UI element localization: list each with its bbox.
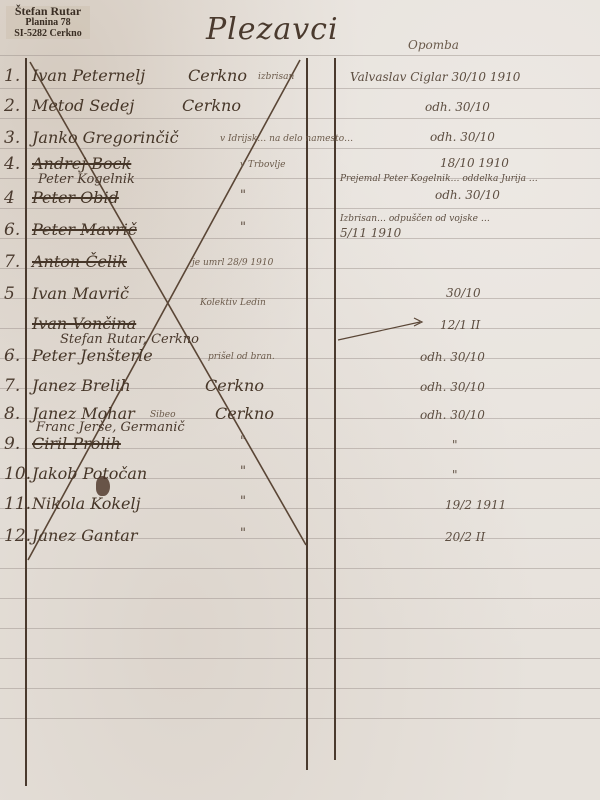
document-page: Štefan Rutar Planina 78 SI-5282 Cerkno P… (0, 0, 600, 800)
ditto-mark: " (240, 494, 246, 509)
entry-name: Andrej Bock (32, 154, 131, 173)
entry-note: Sibeo (150, 410, 176, 420)
entry-place: Cerkno (205, 376, 264, 395)
list-item: 6. Peter Mavrič " Izbrisan… odpuščen od … (0, 220, 600, 248)
ditto-mark: " (240, 434, 246, 449)
list-item: 1. Ivan Peternelj Cerkno izbrisan Valvas… (0, 66, 600, 94)
entry-name: Metod Sedej (32, 96, 134, 115)
entry-number: 10. (4, 464, 24, 484)
entry-place: Cerkno (182, 96, 241, 115)
entry-remark: 20/2 II (445, 530, 485, 544)
entry-number: 11. (4, 494, 24, 514)
entry-number: 6. (4, 220, 24, 240)
entry-number: 4 (4, 188, 24, 208)
entry-number: 6. (4, 346, 24, 366)
entry-name: Peter Jenšterle (32, 346, 153, 365)
entry-remark: 18/10 1910 (440, 156, 509, 170)
entry-number: 1. (4, 66, 24, 86)
entry-note: je umrl 28/9 1910 (192, 258, 273, 268)
entry-number: 3. (4, 128, 24, 148)
entry-remark: odh. 30/10 (420, 350, 485, 364)
list-item: 5 Ivan Mavrič Kolektiv Ledin 30/10 (0, 284, 600, 312)
list-item: 7. Janez Brelih Cerkno odh. 30/10 (0, 376, 600, 404)
entry-remark: Valvaslav Ciglar 30/10 1910 (350, 70, 520, 84)
list-item: 9. Ciril Prolih " " (0, 434, 600, 462)
entry-number: 7. (4, 376, 24, 396)
entry-remark: 12/1 II (440, 318, 480, 332)
ditto-mark: " (240, 526, 246, 541)
entry-note: v Idrijsk… na delo namesto… (220, 134, 353, 144)
entry-replacement-name: Stefan Rutar, Cerkno (60, 332, 199, 347)
entry-name: Ivan Vončina (32, 314, 136, 333)
entry-number: 12. (4, 526, 24, 546)
list-item: 6. Peter Jenšterle prišel od bran. odh. … (0, 346, 600, 374)
entry-remark: 5/11 1910 (340, 226, 401, 240)
entry-name: Peter Obid (32, 188, 119, 207)
ditto-mark: " (240, 188, 246, 203)
entry-remark: odh. 30/10 (420, 380, 485, 394)
entry-name: Janko Gregorinčič (32, 128, 179, 147)
entry-remark: odh. 30/10 (435, 188, 500, 202)
entry-remark: odh. 30/10 (420, 408, 485, 422)
entry-name: Ciril Prolih (32, 434, 121, 453)
entry-replacement-name: Peter Kogelnik (38, 172, 135, 187)
entry-remark: " (452, 438, 458, 452)
entry-number: 4. (4, 154, 24, 174)
entry-number: 7. (4, 252, 24, 272)
ditto-mark: " (240, 464, 246, 479)
entry-name: Jakob Potočan (32, 464, 147, 483)
entry-number: 9. (4, 434, 24, 454)
list-item: 11. Nikola Kokelj " 19/2 1911 (0, 494, 600, 522)
entry-note: izbrisan (258, 72, 294, 82)
entry-remark-note: Izbrisan… odpuščen od vojske … (340, 214, 490, 224)
list-item: 7. Anton Čelik je umrl 28/9 1910 (0, 252, 600, 280)
entry-remark: " (452, 468, 458, 482)
entry-remark-note: Prejemal Peter Kogelnik… oddelka Jurija … (340, 174, 538, 184)
entry-name: Anton Čelik (32, 252, 127, 271)
entry-number: 2. (4, 96, 24, 116)
list-item: 12. Janez Gantar " 20/2 II (0, 526, 600, 554)
list-item: 3. Janko Gregorinčič v Idrijsk… na delo … (0, 128, 600, 156)
list-item: 2. Metod Sedej Cerkno odh. 30/10 (0, 96, 600, 124)
entry-name: Nikola Kokelj (32, 494, 141, 513)
entry-place: Cerkno (188, 66, 247, 85)
entry-remark: 19/2 1911 (445, 498, 506, 512)
entry-name: Janez Brelih (32, 376, 131, 395)
entry-number: 5 (4, 284, 24, 304)
ditto-mark: " (240, 220, 246, 235)
entry-name: Janez Gantar (32, 526, 137, 545)
ink-blot (96, 476, 110, 496)
entry-remark: odh. 30/10 (430, 130, 495, 144)
entry-replacement-name: Franc Jerše, Germanič (36, 420, 185, 435)
list-item: 10. Jakob Potočan " " (0, 464, 600, 492)
entry-place: Cerkno (215, 404, 274, 423)
entry-number: 8. (4, 404, 24, 424)
entry-name: Ivan Mavrič (32, 284, 129, 303)
entry-note: Kolektiv Ledin (200, 298, 266, 308)
list-item: 4 Peter Obid " Prejemal Peter Kogelnik… … (0, 188, 600, 216)
entry-remark: odh. 30/10 (425, 100, 490, 114)
entry-note: v Trbovlje (240, 160, 286, 170)
entry-remark: 30/10 (446, 286, 481, 300)
entry-note: prišel od bran. (208, 352, 275, 362)
entry-name: Ivan Peternelj (32, 66, 145, 85)
entry-name: Peter Mavrič (32, 220, 137, 239)
